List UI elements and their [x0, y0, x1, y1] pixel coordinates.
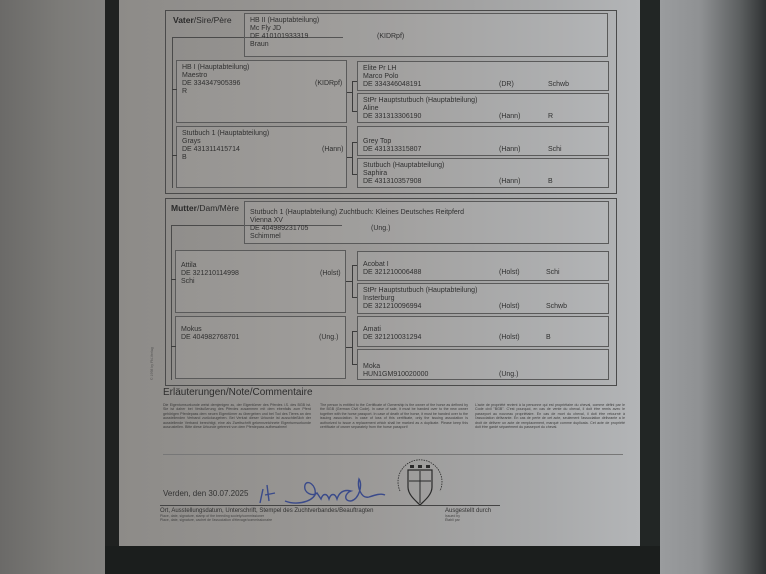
binder-edge-right — [640, 0, 660, 574]
issued-by-fr: Établi par — [445, 518, 491, 522]
dam-grandsire-assoc: (Holst) — [320, 270, 341, 278]
bracket-line — [352, 81, 357, 82]
gds-id: DE 431313315807 — [363, 146, 421, 153]
binder-edge-left — [105, 0, 119, 574]
dam-ggd-name: Insterburg — [363, 295, 603, 303]
dam-ggs-name: Acobat I — [363, 261, 603, 269]
notes-divider — [163, 454, 623, 455]
bracket-line — [352, 331, 357, 332]
dam-ggd-id: DE 321210096994 — [363, 303, 421, 310]
ggd-assoc: (Hann) — [499, 113, 520, 121]
grandsire-id: DE 334347905396 — [182, 80, 240, 87]
bracket-line — [172, 155, 177, 156]
dam-ggs-assoc: (Holst) — [499, 269, 520, 277]
sire-assoc: (KIDRpf) — [377, 33, 404, 41]
sire-granddam-sire-box: Grey Top DE 431313315807(Hann)Schi — [357, 126, 609, 156]
bracket-line — [352, 142, 357, 143]
bracket-line — [352, 174, 357, 175]
dam-grandsire-id: DE 321210114998 — [181, 270, 239, 277]
dam-granddam-box: Mokus DE 404982768701(Ung.) — [175, 316, 346, 379]
dam-grandsire-box: Attila DE 321210114998(Holst) Schi — [175, 250, 346, 313]
notes-title: Erläuterungen/Note/Commentaire — [163, 387, 313, 398]
place-date: Verden, den 30.07.2025 — [163, 489, 248, 498]
bracket-line — [352, 364, 357, 365]
bracket-line — [172, 89, 177, 90]
dam-granddam-name: Mokus — [181, 326, 340, 334]
background-bottom — [105, 546, 660, 574]
bracket-line — [352, 111, 357, 112]
sire-color: Braun — [250, 41, 602, 49]
ggs-id: DE 334346048191 — [363, 81, 421, 88]
dam-box: Stutbuch 1 (Hauptabteilung) Zuchtbuch: K… — [244, 201, 609, 244]
dam-grandsire-dam-box: StPr Hauptstutbuch (Hauptabteilung) Inst… — [357, 283, 609, 314]
dam-grandsire-name: Attila — [181, 262, 340, 270]
gds-assoc: (Hann) — [499, 146, 520, 154]
bracket-line — [352, 265, 357, 266]
dam-section-title: Mutter/Dam/Mère — [171, 203, 239, 213]
sire-section-title: Vater/Sire/Père — [173, 15, 232, 25]
dam-ggd-assoc: (Holst) — [499, 303, 520, 311]
issued-by: Ausgestellt durch Issued by Établi par — [445, 508, 491, 522]
notes-french: L'acte de propriété revient à la personn… — [475, 403, 625, 429]
sire-grandsire-box: HB I (Hauptabteilung) Maestro DE 3343479… — [176, 60, 347, 123]
dam-grandsire-color: Schi — [181, 278, 340, 286]
dam-color: Schimmel — [250, 233, 603, 241]
sire-granddam-dam-box: Stutbuch (Hauptabteilung) Saphira DE 431… — [357, 158, 609, 188]
gdd-assoc: (Hann) — [499, 178, 520, 186]
dam-label-rest: /Dam/Mère — [197, 203, 239, 213]
ggd-name: Aline — [363, 105, 603, 113]
signature-caption-fr: Place, date, signature, cachet de l'asso… — [160, 518, 373, 522]
gds-name: Grey Top — [363, 138, 603, 146]
gdd-name: Saphira — [363, 170, 603, 178]
sire-grandsire-sire-box: Elite Pr LH Marco Polo DE 334346048191(D… — [357, 61, 609, 91]
grandsire-color: R — [182, 88, 341, 96]
notes-english: The person is entitled to the Certificat… — [320, 403, 468, 429]
dam-studbook: Stutbuch 1 (Hauptabteilung) Zuchtbuch: K… — [250, 209, 603, 217]
bracket-line — [171, 279, 176, 280]
handwritten-signature — [255, 475, 395, 507]
dam-gds-id: DE 321210031294 — [363, 334, 421, 341]
copyright-note: © 1998 by FN-Verlag — [150, 347, 154, 380]
ggs-name: Marco Polo — [363, 73, 603, 81]
grandsire-name: Maestro — [182, 72, 341, 80]
dam-grandsire-sire-box: Acobat I DE 321210006488(Holst)Schi — [357, 251, 609, 281]
granddam-color: B — [182, 154, 341, 162]
sire-granddam-box: Stutbuch 1 (Hauptabteilung) Grays DE 431… — [176, 126, 347, 188]
granddam-id: DE 431311415714 — [182, 146, 240, 153]
granddam-studbook: Stutbuch 1 (Hauptabteilung) — [182, 130, 341, 138]
ggd-studbook: StPr Hauptstutbuch (Hauptabteilung) — [363, 97, 603, 105]
dam-granddam-assoc: (Ung.) — [319, 334, 338, 342]
bracket-line — [352, 331, 353, 364]
dam-gds-assoc: (Holst) — [499, 334, 520, 342]
dam-ggs-id: DE 321210006488 — [363, 269, 421, 276]
notes-german: Die Eigentumsurkunde weist demjenigen zu… — [163, 403, 311, 429]
dam-assoc: (Ung.) — [371, 225, 390, 233]
dam-granddam-dam-box: Moka HUN1GM910020000(Ung.) — [357, 349, 609, 380]
dam-ggs-color: Schi — [546, 269, 560, 277]
background-right — [660, 0, 766, 574]
association-stamp-icon — [394, 451, 446, 507]
sire-name: Mc Fly JD — [250, 25, 602, 33]
grandsire-assoc: (KIDRpf) — [315, 80, 342, 88]
granddam-name: Grays — [182, 138, 341, 146]
gdd-color: B — [548, 178, 553, 186]
sire-grandsire-dam-box: StPr Hauptstutbuch (Hauptabteilung) Alin… — [357, 93, 609, 123]
dam-granddam-sire-box: Amati DE 321210031294(Holst)B — [357, 316, 609, 347]
dam-gdd-name: Moka — [363, 363, 603, 371]
ggs-color: Schwb — [548, 81, 569, 89]
granddam-assoc: (Hann) — [322, 146, 343, 154]
bracket-line — [352, 81, 353, 112]
ggd-color: R — [548, 113, 553, 121]
signature-caption: Ort, Ausstellungsdatum, Unterschrift, St… — [160, 508, 373, 522]
grandsire-studbook: HB I (Hauptabteilung) — [182, 64, 341, 72]
signature-line — [160, 505, 500, 506]
bracket-line — [352, 142, 353, 174]
sire-label-bold: Vater — [173, 15, 194, 25]
gds-color: Schi — [548, 146, 562, 154]
dam-granddam-id: DE 404982768701 — [181, 334, 239, 341]
dam-label-bold: Mutter — [171, 203, 197, 213]
sire-box: HB II (Hauptabteilung) Mc Fly JD DE 4101… — [244, 13, 608, 57]
sire-studbook: HB II (Hauptabteilung) — [250, 17, 602, 25]
dam-ggd-color: Schwb — [546, 303, 567, 311]
dam-name: Vienna XV — [250, 217, 603, 225]
bracket-line — [352, 265, 353, 298]
sire-id: DE 410101933319 — [250, 33, 308, 40]
dam-id: DE 404989231705 — [250, 225, 308, 232]
ggs-assoc: (DR) — [499, 81, 514, 89]
ggd-id: DE 331313306190 — [363, 113, 421, 120]
sire-label-rest: /Sire/Père — [194, 15, 232, 25]
ggs-studbook: Elite Pr LH — [363, 65, 603, 73]
bracket-line — [171, 346, 176, 347]
dam-gds-color: B — [546, 334, 551, 342]
dam-ggd-studbook: StPr Hauptstutbuch (Hauptabteilung) — [363, 287, 603, 295]
dam-gdd-assoc: (Ung.) — [499, 371, 518, 379]
dam-gdd-id: HUN1GM910020000 — [363, 371, 428, 378]
bracket-line — [352, 297, 357, 298]
gdd-id: DE 431310357908 — [363, 178, 421, 185]
gdd-studbook: Stutbuch (Hauptabteilung) — [363, 162, 603, 170]
dam-gds-name: Amati — [363, 326, 603, 334]
